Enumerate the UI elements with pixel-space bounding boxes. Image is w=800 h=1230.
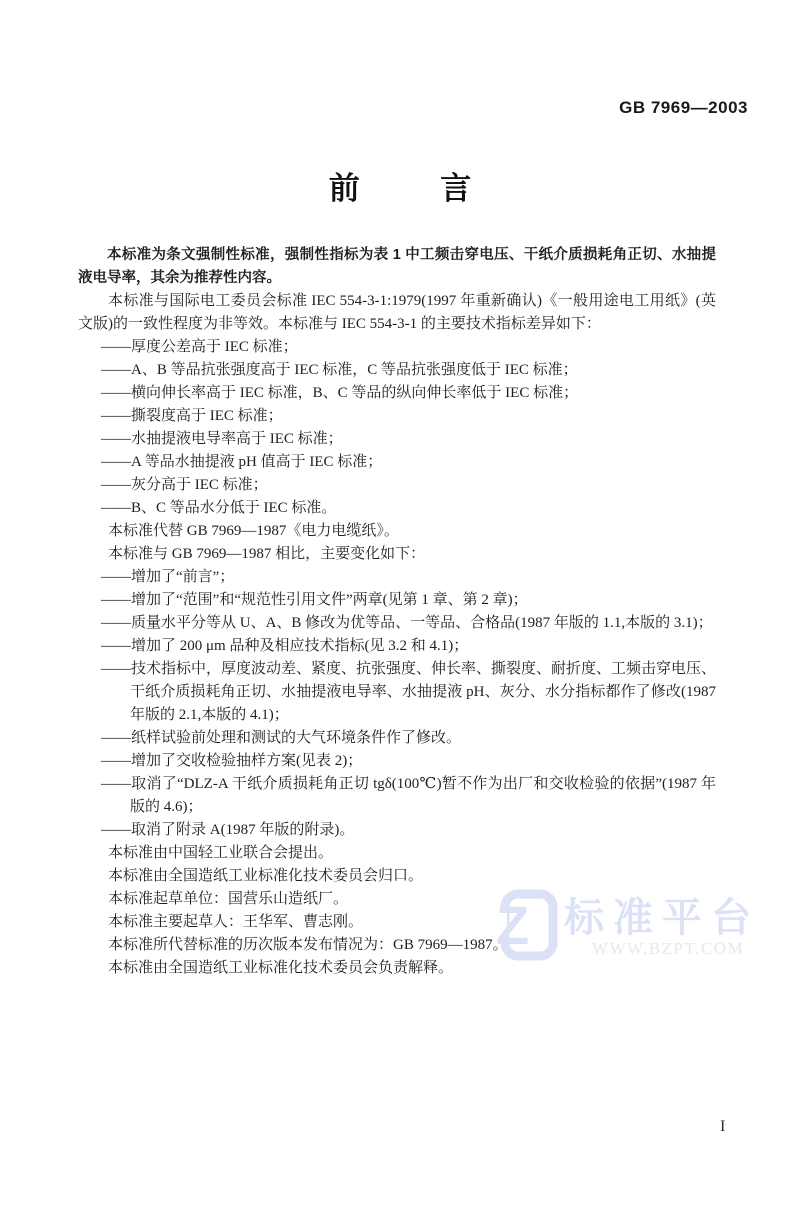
list-item: ——取消了附录 A(1987 年版的附录)。 xyxy=(130,819,716,842)
paragraph: 本标准为条文强制性标准，强制性指标为表 1 中工频击穿电压、干纸介质损耗角正切、… xyxy=(78,244,716,290)
paragraph: 本标准由全国造纸工业标准化技术委员会负责解释。 xyxy=(78,957,716,980)
list-item: ——B、C 等品水分低于 IEC 标准。 xyxy=(130,497,716,520)
list-item: ——撕裂度高于 IEC 标准； xyxy=(130,405,716,428)
list-item: ——质量水平分等从 U、A、B 修改为优等品、一等品、合格品(1987 年版的 … xyxy=(130,612,716,635)
list-item: ——增加了“前言”； xyxy=(130,566,716,589)
list-item: ——技术指标中，厚度波动差、紧度、抗张强度、伸长率、撕裂度、耐折度、工频击穿电压… xyxy=(130,658,716,727)
paragraph: 本标准与国际电工委员会标准 IEC 554-3-1:1979(1997 年重新确… xyxy=(78,290,716,336)
paragraph: 本标准由全国造纸工业标准化技术委员会归口。 xyxy=(78,865,716,888)
paragraph: 本标准代替 GB 7969—1987《电力电缆纸》。 xyxy=(78,520,716,543)
paragraph: 本标准由中国轻工业联合会提出。 xyxy=(78,842,716,865)
paragraph: 本标准主要起草人：王华军、曹志刚。 xyxy=(78,911,716,934)
page-title: 前 言 xyxy=(0,163,800,208)
standard-code: GB 7969—2003 xyxy=(619,98,748,118)
list-item: ——纸样试验前处理和测试的大气环境条件作了修改。 xyxy=(130,727,716,750)
list-item: ——水抽提液电导率高于 IEC 标准； xyxy=(130,428,716,451)
list-item: ——A、B 等品抗张强度高于 IEC 标准，C 等品抗张强度低于 IEC 标准； xyxy=(130,359,716,382)
list-item: ——取消了“DLZ-A 干纸介质损耗角正切 tgδ(100℃)暂不作为出厂和交收… xyxy=(130,773,716,819)
paragraph: 本标准与 GB 7969—1987 相比，主要变化如下： xyxy=(78,543,716,566)
list-item: ——横向伸长率高于 IEC 标准，B、C 等品的纵向伸长率低于 IEC 标准； xyxy=(130,382,716,405)
list-item: ——厚度公差高于 IEC 标准； xyxy=(130,336,716,359)
page-number: I xyxy=(720,1118,725,1136)
list-item: ——增加了“范围”和“规范性引用文件”两章(见第 1 章、第 2 章)； xyxy=(130,589,716,612)
document-page: GB 7969—2003 前 言 本标准为条文强制性标准，强制性指标为表 1 中… xyxy=(0,0,800,1230)
list-item: ——灰分高于 IEC 标准； xyxy=(130,474,716,497)
list-item: ——增加了交收检验抽样方案(见表 2)； xyxy=(130,750,716,773)
document-body: 本标准为条文强制性标准，强制性指标为表 1 中工频击穿电压、干纸介质损耗角正切、… xyxy=(78,244,716,980)
paragraph: 本标准起草单位：国营乐山造纸厂。 xyxy=(78,888,716,911)
list-item: ——A 等品水抽提液 pH 值高于 IEC 标准； xyxy=(130,451,716,474)
paragraph: 本标准所代替标准的历次版本发布情况为：GB 7969—1987。 xyxy=(78,934,716,957)
list-item: ——增加了 200 μm 品种及相应技术指标(见 3.2 和 4.1)； xyxy=(130,635,716,658)
